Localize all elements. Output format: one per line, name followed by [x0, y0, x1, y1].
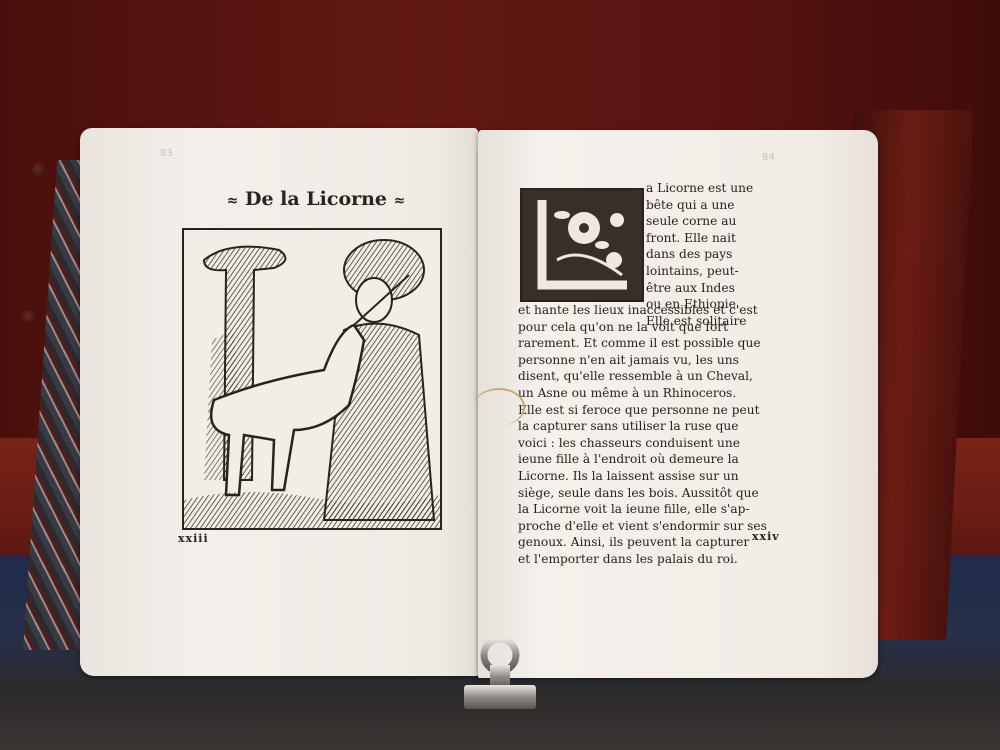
text-line: Elle est si feroce que personne ne peut: [518, 402, 792, 419]
text-line: et hante les lieux inaccessibles et c'es…: [518, 302, 792, 319]
text-line: genoux. Ainsi, ils peuvent la capturer: [518, 534, 792, 551]
binder-clip-icon: [460, 635, 540, 711]
left-pencil-page-number: 83: [160, 148, 173, 159]
text-line: a Licorne est une: [646, 180, 792, 197]
chapter-title: ≈ De la Licorne ≈: [226, 188, 406, 210]
left-folio: xxiii: [178, 532, 209, 545]
text-line: dans des pays: [646, 246, 792, 263]
text-line: disent, qu'elle ressemble à un Cheval,: [518, 368, 792, 385]
text-line: ieune fille à l'endroit où demeure la: [518, 451, 792, 468]
wall-screw-icon: [22, 310, 36, 324]
ornament-right-icon: ≈: [394, 193, 406, 209]
text-line: rarement. Et comme il est possible que: [518, 335, 792, 352]
text-line: la Licorne voit la ieune fille, elle s'a…: [518, 501, 792, 518]
binder-clip: [460, 635, 540, 711]
decorated-initial: [520, 188, 644, 302]
right-folio: xxiv: [752, 530, 780, 543]
title-text: De la Licorne: [245, 188, 387, 210]
wall-screw-icon: [32, 163, 46, 177]
text-line: la capturer sans utiliser la ruse que: [518, 418, 792, 435]
binding-thread: [473, 388, 525, 426]
right-pencil-page-number: 84: [762, 152, 775, 163]
text-line: un Asne ou même à un Rhinoceros.: [518, 385, 792, 402]
text-line: bête qui a une: [646, 197, 792, 214]
body-text: et hante les lieux inaccessibles et c'es…: [518, 302, 792, 568]
text-line: Licorne. Ils la laissent assise sur un: [518, 468, 792, 485]
ornament-left-icon: ≈: [227, 193, 239, 209]
text-line: pour cela qu'on ne la voit que fort: [518, 319, 792, 336]
woodcut-icon: [184, 230, 440, 528]
text-line: voici : les chasseurs conduisent une: [518, 435, 792, 452]
text-line: seule corne au: [646, 213, 792, 230]
text-line: lointains, peut-: [646, 263, 792, 280]
text-line: être aux Indes: [646, 280, 792, 297]
text-line: proche d'elle et vient s'endormir sur se…: [518, 518, 792, 535]
text-line: front. Elle nait: [646, 230, 792, 247]
text-line: siège, seule dans les bois. Aussitôt que: [518, 485, 792, 502]
text-line: et l'emporter dans les palais du roi.: [518, 551, 792, 568]
text-line: personne n'en ait jamais vu, les uns: [518, 352, 792, 369]
photo-scene: 83 ≈ De la Licorne ≈ xxiii: [0, 0, 1000, 750]
unicorn-woodcut-illustration: [182, 228, 442, 530]
floral-drop-cap-icon: [522, 190, 642, 300]
